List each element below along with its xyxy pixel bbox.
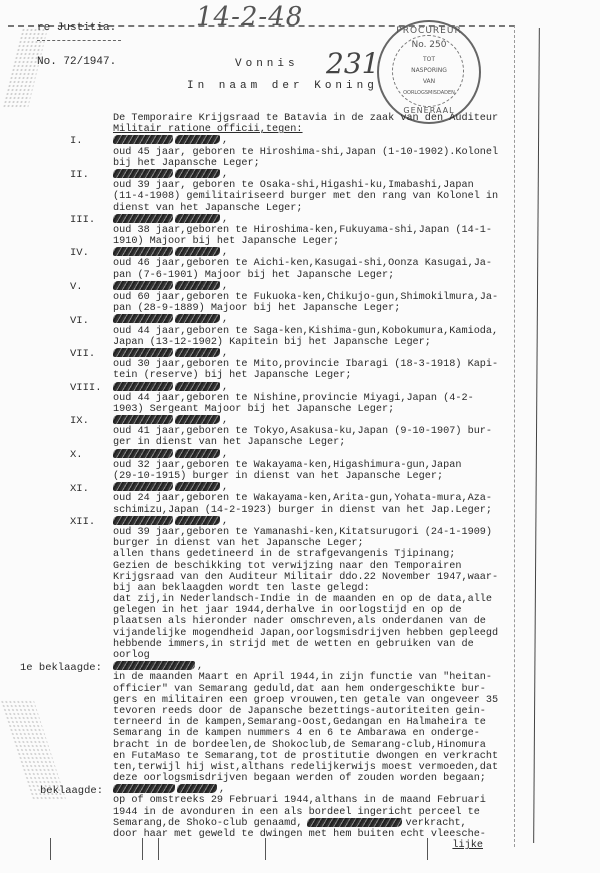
accused-redacted-name: ,	[113, 482, 508, 493]
intro-line: Militair ratione officii,tegen:	[113, 124, 508, 135]
redacted-name	[175, 348, 220, 357]
intro-line: De Temporaire Krijgsraad te Batavia in d…	[113, 113, 508, 124]
accused-numeral: XII.	[70, 516, 95, 528]
charge-line: tevoren reeds door de Japansche bezettin…	[113, 706, 508, 717]
redacted-name	[113, 482, 173, 491]
charge-line: en FutaMaso te Semarang,tot de prostitut…	[113, 751, 508, 762]
charge-text: plaatsen als hieronder nader omschreven,…	[113, 616, 508, 627]
charge-line: bracht in de bordeelen,de Shokoclub,de S…	[113, 740, 508, 751]
redacted-name	[307, 818, 402, 827]
stamp-text: No. 250	[379, 40, 479, 50]
redacted-name	[113, 784, 175, 793]
defendant-label: 1e beklaagde:	[20, 662, 102, 674]
charge-line: Semarang in de kampen nummers 4 en 6 te …	[113, 728, 508, 739]
charge-text: Gezien de beschikking tot verwijzing naa…	[113, 561, 508, 572]
redacted-name	[175, 415, 220, 424]
accused-redacted-name: ,	[113, 281, 508, 292]
accused-line: dienst van het Japansche Leger;	[113, 203, 508, 214]
redacted-name	[113, 516, 173, 525]
accused-numeral: X.	[70, 449, 83, 461]
charge-line: officier" van Semarang geduld,dat aan he…	[113, 684, 508, 695]
redacted-name	[175, 135, 220, 144]
redacted-name	[113, 382, 173, 391]
charge-text: hebbende immers,in strijd met de wetten …	[113, 639, 508, 650]
accused-line: oud 39 jaar,geboren te Yamanashi-ken,Kit…	[113, 527, 508, 538]
case-number: No. 72/1947.	[37, 56, 116, 68]
redacted-name	[113, 449, 173, 458]
accused-numeral: IX.	[70, 415, 89, 427]
accused-line: oud 32 jaar,geboren te Wakayama-ken,Higa…	[113, 460, 508, 471]
charge-line: in de maanden Maart en April 1944,in zij…	[113, 672, 508, 683]
scan-mark	[50, 838, 51, 860]
accused-redacted-name: ,	[113, 415, 508, 426]
stamp-text: PROCUREUR	[379, 26, 479, 36]
charge-text: allen thans gedetineerd in de strafgevan…	[113, 549, 508, 560]
accused-numeral: IV.	[70, 247, 89, 259]
accused-line: burger in dienst van het Japansche Leger…	[113, 538, 508, 549]
accused-line: (11-4-1908) gemilitairiseerd burger met …	[113, 191, 508, 202]
accused-line: pan (28-9-1889) Majoor bij het Japansche…	[113, 303, 508, 314]
redacted-name	[113, 348, 173, 357]
accused-numeral: III.	[70, 214, 95, 226]
accused-numeral: V.	[70, 281, 83, 293]
scan-mark	[427, 838, 428, 860]
official-stamp: PROCUREUR No. 250 TOT NASPORING VAN OORL…	[377, 20, 481, 124]
stamp-text: NASPORING	[379, 67, 479, 74]
divider	[37, 40, 121, 41]
charge-text: gelegen in het jaar 1944,derhalve in oor…	[113, 605, 508, 616]
accused-redacted-name: ,	[113, 247, 508, 258]
redacted-name	[175, 214, 220, 223]
defendant-redacted-name: ,	[113, 784, 508, 795]
accused-line: oud 60 jaar,geboren te Fukuoka-ken,Chiku…	[113, 292, 508, 303]
vonnis-number: 231	[326, 47, 379, 80]
accused-redacted-name: ,	[113, 314, 508, 325]
accused-numeral: VIII.	[70, 382, 102, 394]
redacted-name	[113, 135, 173, 144]
accused-redacted-name: ,	[113, 214, 508, 225]
redacted-name	[113, 214, 173, 223]
stamp-text: VAN	[379, 78, 479, 85]
accused-redacted-name: ,	[113, 382, 508, 393]
scan-edge-line	[533, 28, 540, 843]
accused-line: oud 45 jaar, geboren te Hiroshima-shi,Ja…	[113, 147, 508, 158]
charge-line: gers en militairen een groep vrouwen,ten…	[113, 695, 508, 706]
redacted-name	[175, 169, 220, 178]
document-heading: In naam der Koning	[187, 80, 378, 92]
accused-line: ger in dienst van het Japansche Leger;	[113, 437, 508, 448]
accused-redacted-name: ,	[113, 516, 508, 527]
redacted-name	[113, 314, 173, 323]
accused-line: schimizu,Japan (14-2-1923) burger in die…	[113, 505, 508, 516]
redacted-name	[175, 449, 220, 458]
accused-line: oud 38 jaar,geboren te Hiroshima-ken,Fuk…	[113, 225, 508, 236]
pro-justitia-label: re Justitia.	[37, 22, 116, 34]
redacted-name	[175, 281, 220, 290]
redacted-name	[113, 661, 195, 670]
defendant-label: beklaagde:	[40, 785, 103, 797]
charge-line: 1944 in de avonduren in een als bordeel …	[113, 807, 508, 818]
scan-mark	[265, 838, 266, 860]
accused-numeral: I.	[70, 135, 83, 147]
scan-mark	[158, 838, 159, 860]
accused-line: Japan (13-12-1902) Kapitein bij het Japa…	[113, 337, 508, 348]
accused-numeral: VII.	[70, 348, 95, 360]
charge-text: oorlog	[113, 650, 508, 661]
accused-redacted-name: ,	[113, 449, 508, 460]
defendant-redacted-name: ,	[113, 661, 508, 672]
accused-numeral: VI.	[70, 315, 89, 327]
accused-line: pan (7-6-1901) Majoor bij het Japansche …	[113, 270, 508, 281]
accused-line: oud 30 jaar,geboren te Mito,provincie Ib…	[113, 359, 508, 370]
accused-line: oud 46 jaar,geboren te Aichi-ken,Kasugai…	[113, 258, 508, 269]
accused-line: oud 41 jaar,geboren te Tokyo,Asakusa-ku,…	[113, 426, 508, 437]
charge-text: dat zij,in Nederlandsch-Indie in de maan…	[113, 594, 508, 605]
charge-line: deze oorlogsmisdrijven begaan werden of …	[113, 773, 508, 784]
handwritten-date: 14-2-48	[196, 2, 303, 32]
accused-numeral: II.	[70, 169, 89, 181]
accused-line: 1910) Majoor bij het Japansche Leger;	[113, 236, 508, 247]
accused-redacted-name: ,	[113, 169, 508, 180]
redacted-name	[175, 516, 220, 525]
accused-line: 1903) Sergeant Majoor bij het Japansche …	[113, 404, 508, 415]
accused-line: tein (reserve) bij het Japansche Leger;	[113, 370, 508, 381]
accused-line: oud 24 jaar,geboren te Wakayama-ken,Arit…	[113, 493, 508, 504]
redacted-name	[175, 247, 220, 256]
accused-line: oud 39 jaar, geboren te Osaka-shi,Higash…	[113, 180, 508, 191]
redacted-name	[175, 382, 220, 391]
accused-line: oud 44 jaar,geboren te Nishine,provincie…	[113, 393, 508, 404]
accused-redacted-name: ,	[113, 135, 508, 146]
charge-line: Semarang,de Shoko-club genaamd,verkracht…	[113, 818, 508, 829]
accused-numeral: XI.	[70, 483, 89, 495]
accused-line: (29-10-1915) burger in dienst van het Ja…	[113, 471, 508, 482]
charge-text: vijandelijke mogendheid Japan,oorlogsmis…	[113, 628, 508, 639]
scan-mark	[142, 838, 143, 860]
charge-line: door haar met geweld te dwingen met hem …	[113, 829, 508, 840]
redacted-name	[113, 415, 173, 424]
vonnis-label: Vonnis	[235, 58, 299, 70]
document-body: De Temporaire Krijgsraad te Batavia in d…	[113, 113, 508, 851]
charge-line: ten,terwijl hij wist,althans redelijkerw…	[113, 762, 508, 773]
accused-line: bij het Japansche Leger;	[113, 158, 508, 169]
stamp-text: OORLOGSMISDADEN	[379, 90, 479, 96]
redacted-name	[175, 482, 220, 491]
charge-line: terneerd in de kampen,Semarang-Oost,Geda…	[113, 717, 508, 728]
stamp-text: TOT	[379, 56, 479, 63]
redacted-name	[175, 314, 220, 323]
redacted-name	[113, 169, 173, 178]
charge-line: op of omstreeks 29 Februari 1944,althans…	[113, 795, 508, 806]
redacted-name	[113, 247, 173, 256]
redacted-name	[177, 784, 217, 793]
charge-text: Krijgsraad van den Auditeur Militair ddo…	[113, 572, 508, 583]
redacted-name	[113, 281, 173, 290]
accused-line: oud 44 jaar,geboren te Saga-ken,Kishima-…	[113, 326, 508, 337]
accused-redacted-name: ,	[113, 348, 508, 359]
charge-text: bij aan beklaagden wordt ten laste geleg…	[113, 583, 508, 594]
